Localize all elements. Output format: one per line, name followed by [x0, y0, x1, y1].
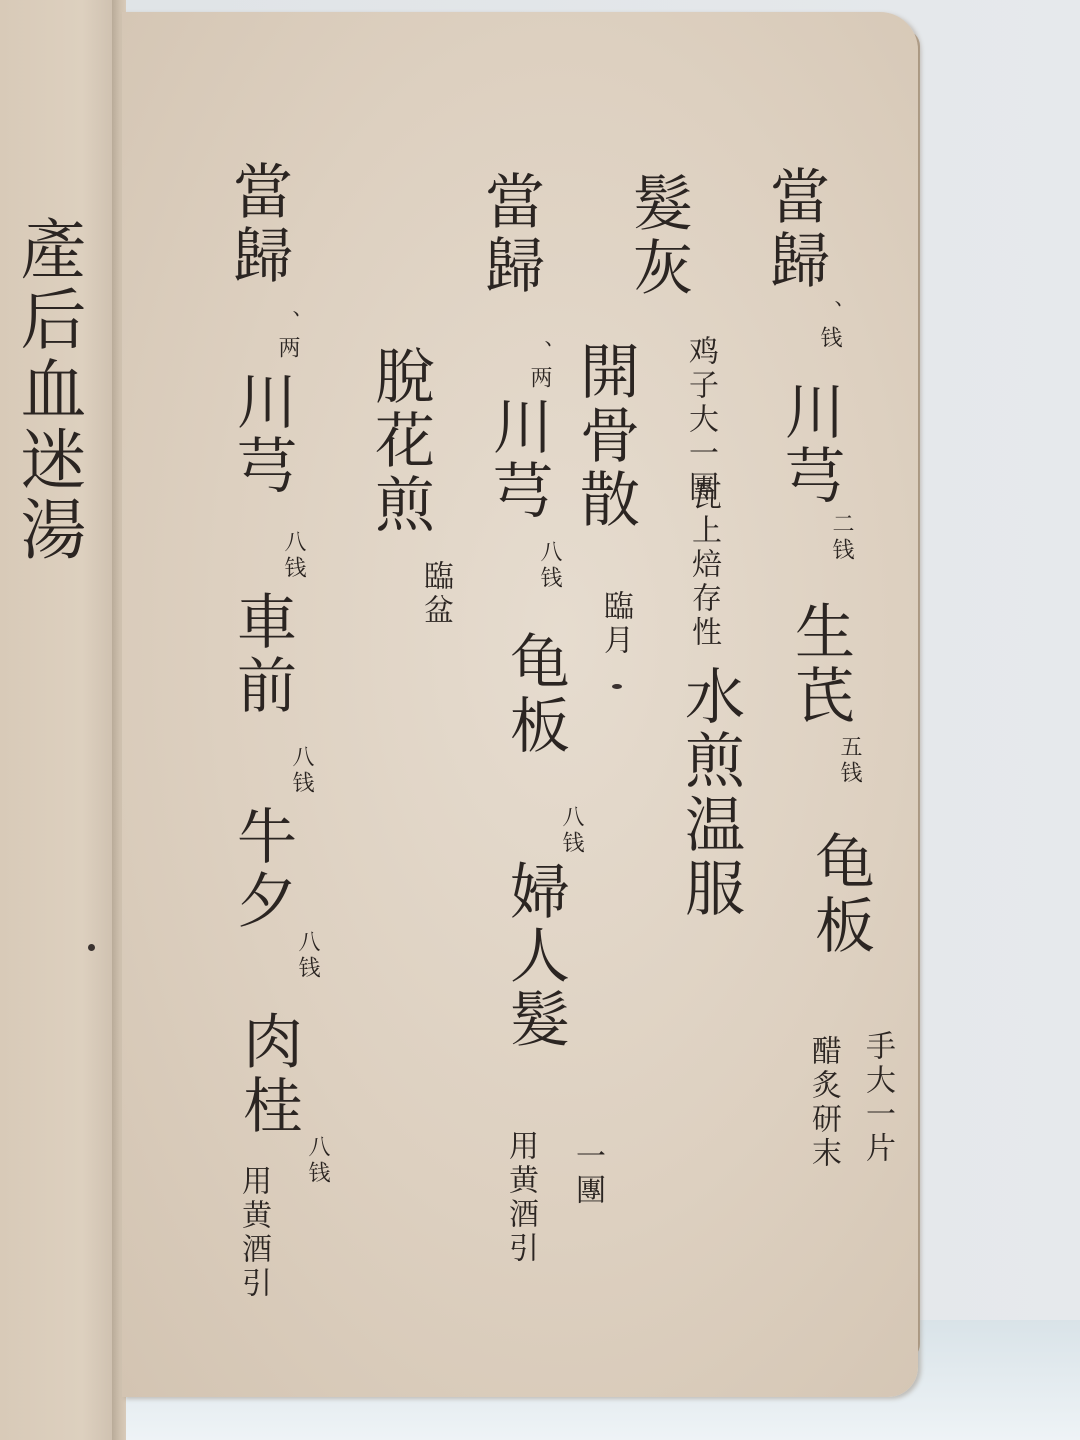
col6-herb-cheqian: 車前 — [232, 590, 292, 718]
col6-herb-rougui: 肉桂 — [238, 1010, 298, 1138]
col6-dose-3: 八钱 — [290, 745, 312, 797]
col1-dose-3: 五钱 — [838, 735, 860, 787]
col6-dose-2: 八钱 — [282, 530, 304, 582]
col6-herb-niuxi: 牛夕 — [232, 805, 292, 933]
col6-dose-5: 八钱 — [306, 1135, 328, 1187]
col4-note-b: 用黄酒引 — [505, 1130, 535, 1266]
col4-dose-1: 、两 — [528, 340, 550, 392]
col1-herb-danggui: 當歸 — [765, 165, 825, 293]
col1-herb-shengqi: 生芪 — [790, 600, 850, 728]
col6-note: 用黄酒引 — [238, 1165, 268, 1301]
ink-mark — [612, 684, 622, 689]
recipe-title: 產后血迷湯 — [14, 215, 80, 565]
col3-note: 臨月 — [600, 590, 630, 658]
col4-dose-2: 八钱 — [538, 540, 560, 592]
col1-herb-guiban: 龟板 — [810, 830, 870, 958]
col2-instruction: 水煎温服 — [680, 665, 740, 921]
col2-note-b: 瓦上焙存性 — [688, 480, 718, 650]
col6-herb-danggui: 當歸 — [228, 160, 288, 288]
col4-dose-3: 八钱 — [560, 805, 582, 857]
col1-dose-1: 、钱 — [818, 300, 840, 352]
col5-note: 臨盆 — [420, 560, 450, 628]
col6-herb-chuanxiong: 川芎 — [232, 370, 292, 498]
col4-herb-chuanxiong: 川芎 — [488, 395, 548, 523]
col4-womans-hair: 婦人髮 — [505, 860, 565, 1052]
col1-note-b: 醋炙研末 — [808, 1035, 838, 1171]
ink-dot — [88, 944, 95, 951]
col4-note-a: 一團 — [572, 1140, 602, 1208]
col3-formula-kaigusan: 開骨散 — [575, 340, 635, 532]
col2-hair-ash: 髮灰 — [628, 172, 688, 300]
col4-herb-danggui: 當歸 — [480, 170, 540, 298]
col5-formula-tuohuajian: 脫花煎 — [370, 345, 430, 537]
col1-note-a: 手大一片 — [862, 1030, 892, 1166]
left-page: 產后血迷湯 — [0, 0, 118, 1440]
col6-dose-4: 八钱 — [296, 930, 318, 982]
col6-dose-1: 、两 — [276, 310, 298, 362]
col1-dose-2: 二钱 — [830, 512, 852, 564]
col4-herb-guiban: 龟板 — [505, 630, 565, 758]
col1-herb-chuanxiong: 川芎 — [780, 380, 840, 508]
